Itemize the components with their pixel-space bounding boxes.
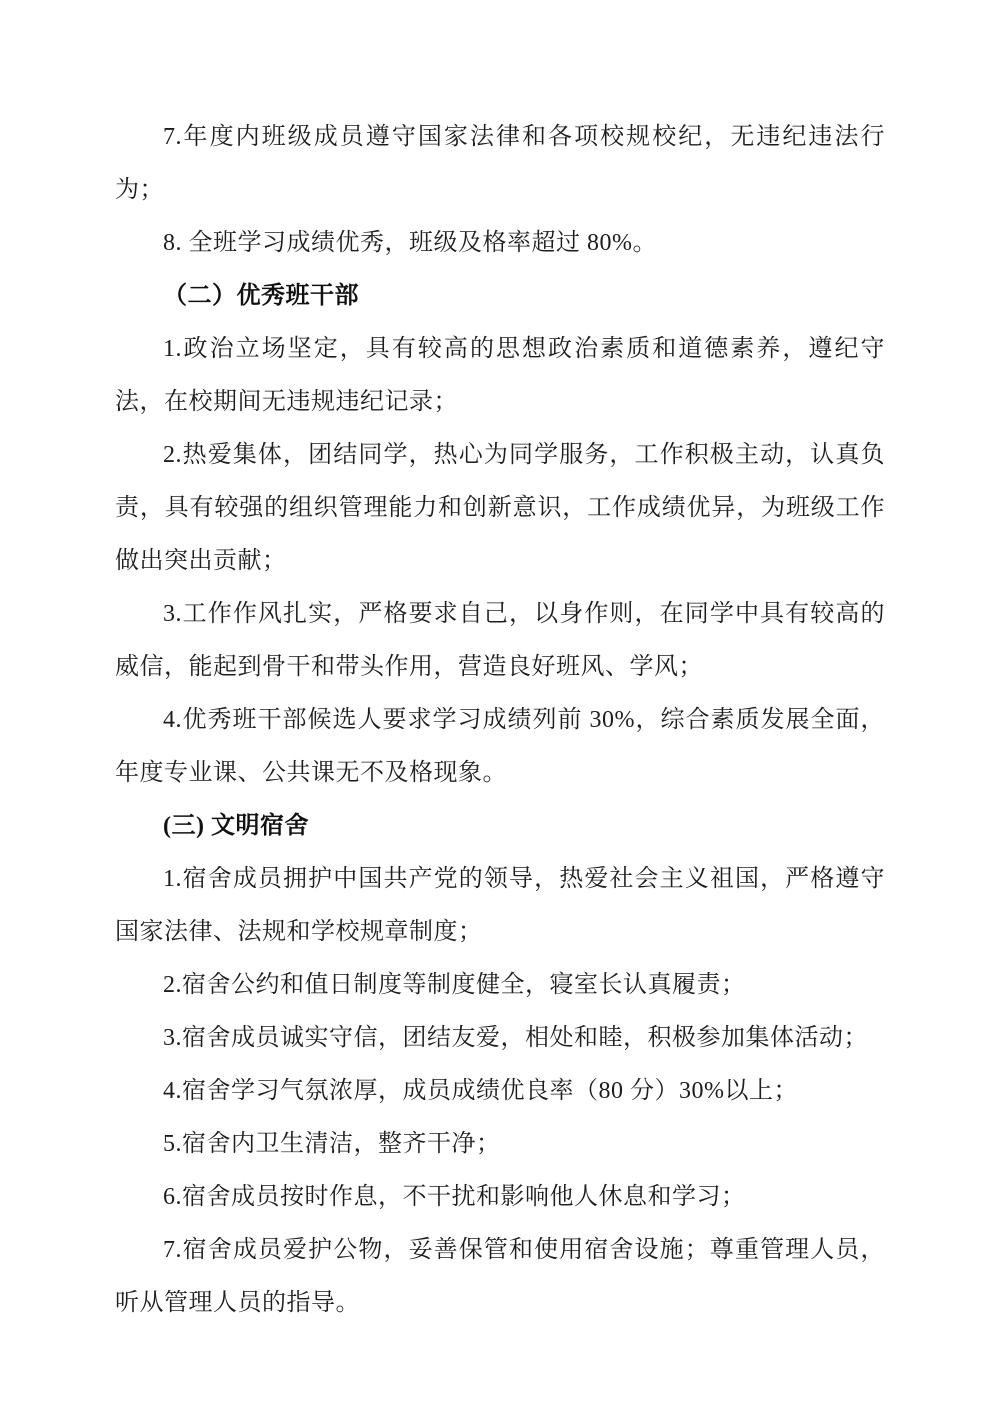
section-heading: (三) 文明宿舍 xyxy=(115,800,885,853)
body-paragraph: 1.政治立场坚定，具有较高的思想政治素质和道德素养，遵纪守法，在校期间无违规违纪… xyxy=(115,323,885,429)
body-paragraph: 2.宿舍公约和值日制度等制度健全，寝室长认真履责； xyxy=(115,959,885,1012)
body-paragraph: 3.工作作风扎实，严格要求自己，以身作则，在同学中具有较高的威信，能起到骨干和带… xyxy=(115,588,885,694)
document-body: 7.年度内班级成员遵守国家法律和各项校规校纪，无违纪违法行为；8. 全班学习成绩… xyxy=(115,111,885,1330)
section-heading: （二）优秀班干部 xyxy=(115,270,885,323)
body-paragraph: 2.热爱集体，团结同学，热心为同学服务，工作积极主动，认真负责，具有较强的组织管… xyxy=(115,429,885,588)
body-paragraph: 4.优秀班干部候选人要求学习成绩列前 30%，综合素质发展全面，年度专业课、公共… xyxy=(115,694,885,800)
body-paragraph: 7.宿舍成员爱护公物，妥善保管和使用宿舍设施；尊重管理人员，听从管理人员的指导。 xyxy=(115,1224,885,1330)
body-paragraph: 4.宿舍学习气氛浓厚，成员成绩优良率（80 分）30%以上； xyxy=(115,1065,885,1118)
body-paragraph: 8. 全班学习成绩优秀，班级及格率超过 80%。 xyxy=(115,217,885,270)
body-paragraph: 6.宿舍成员按时作息，不干扰和影响他人休息和学习； xyxy=(115,1171,885,1224)
body-paragraph: 5.宿舍内卫生清洁，整齐干净； xyxy=(115,1118,885,1171)
body-paragraph: 7.年度内班级成员遵守国家法律和各项校规校纪，无违纪违法行为； xyxy=(115,111,885,217)
body-paragraph: 3.宿舍成员诚实守信，团结友爱，相处和睦，积极参加集体活动； xyxy=(115,1012,885,1065)
document-page: 7.年度内班级成员遵守国家法律和各项校规校纪，无违纪违法行为；8. 全班学习成绩… xyxy=(0,0,1000,1414)
body-paragraph: 1.宿舍成员拥护中国共产党的领导，热爱社会主义祖国，严格遵守国家法律、法规和学校… xyxy=(115,853,885,959)
